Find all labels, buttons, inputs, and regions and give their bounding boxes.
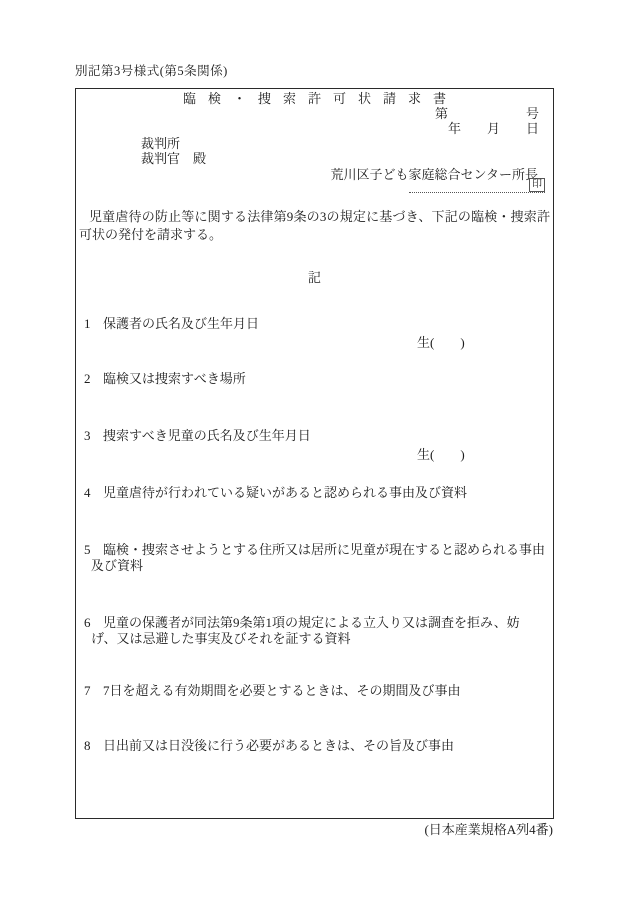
list-item: 8日出前又は日没後に行う必要があるときは、その旨及び事由 xyxy=(84,738,545,754)
document-number-line: 第 号 xyxy=(84,106,545,121)
list-item: 1保護者の氏名及び生年月日 xyxy=(84,316,545,332)
birth-date-blank-field: 生( ) xyxy=(417,447,545,463)
list-item: 4児童虐待が行われている疑いがあると認められる事由及び資料 xyxy=(84,485,545,501)
item-number: 6 xyxy=(84,615,96,631)
item-number: 1 xyxy=(84,316,96,332)
item-text: 児童の保護者が同法第9条第1項の規定による立入り又は調査を拒み、妨げ、又は忌避し… xyxy=(91,615,520,646)
item-text: 臨検又は捜索すべき場所 xyxy=(103,371,246,386)
document-title: 臨検・捜索許可状請求書 xyxy=(84,91,545,106)
date-line: 年 月 日 xyxy=(84,121,545,136)
item-text: 臨検・捜索させようとする住所又は居所に児童が現在すると認められる事由及び資料 xyxy=(91,542,545,573)
list-item: 6児童の保護者が同法第9条第1項の規定による立入り又は調査を拒み、妨げ、又は忌避… xyxy=(84,615,545,647)
item-number: 2 xyxy=(84,371,96,387)
list-item: 5臨検・捜索させようとする住所又は居所に児童が現在すると認められる事由及び資料 xyxy=(84,542,545,574)
list-item: 77日を超える有効期間を必要とするときは、その期間及び事由 xyxy=(84,683,545,699)
item-number: 5 xyxy=(84,542,96,558)
item-text: 児童虐待が行われている疑いがあると認められる事由及び資料 xyxy=(103,485,467,500)
item-text: 日出前又は日没後に行う必要があるときは、その旨及び事由 xyxy=(103,738,454,753)
birth-date-blank-field: 生( ) xyxy=(417,335,545,351)
list-item: 3捜索すべき児童の氏名及び生年月日 xyxy=(84,428,545,444)
record-heading: 記 xyxy=(84,270,545,285)
item-number: 3 xyxy=(84,428,96,444)
item-text: 保護者の氏名及び生年月日 xyxy=(103,316,259,331)
addressee-judge: 裁判官 殿 xyxy=(141,151,545,166)
form-border-box: 臨検・捜索許可状請求書 第 号 年 月 日 裁判所 裁判官 殿 荒川区子ども家庭… xyxy=(75,88,554,819)
item-text: 7日を超える有効期間を必要とするときは、その期間及び事由 xyxy=(103,683,461,698)
paper-size-note: (日本産業規格A列4番) xyxy=(424,822,553,837)
item-number: 7 xyxy=(84,683,96,699)
addressee-court: 裁判所 xyxy=(141,136,545,151)
document-page: { "page": { "form_label": "別記第3号様式(第5条関係… xyxy=(0,0,630,903)
form-style-label: 別記第3号様式(第5条関係) xyxy=(75,61,228,79)
list-item: 2臨検又は捜索すべき場所 xyxy=(84,371,545,387)
applicant-title: 荒川区子ども家庭総合センター所長 xyxy=(84,167,545,182)
request-body-text: 児童虐待の防止等に関する法律第9条の3の規定に基づき、下記の臨検・捜索許可状の発… xyxy=(79,208,550,244)
item-list: 1保護者の氏名及び生年月日 生( ) 2臨検又は捜索すべき場所 3捜索すべき児童… xyxy=(84,316,545,754)
item-number: 8 xyxy=(84,738,96,754)
seal-placeholder-icon: 印 xyxy=(529,178,545,192)
item-number: 4 xyxy=(84,485,96,501)
item-text: 捜索すべき児童の氏名及び生年月日 xyxy=(103,428,311,443)
